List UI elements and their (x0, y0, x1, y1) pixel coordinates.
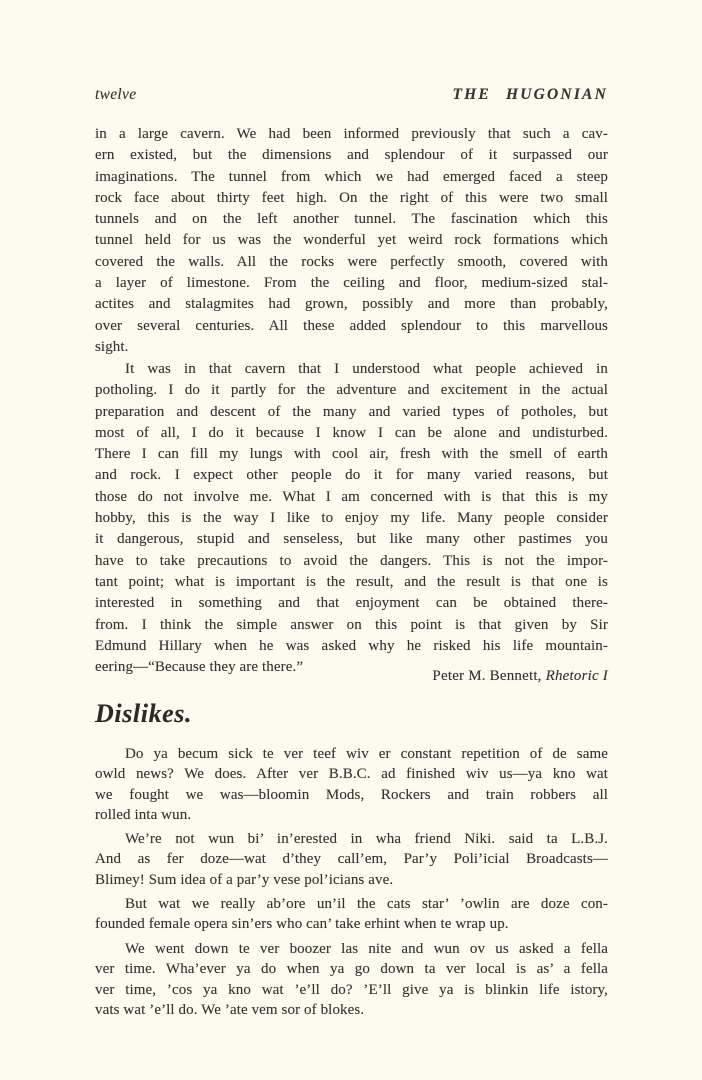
text-line: rock face about thirty feet high. On the… (95, 188, 608, 209)
text-line: in a large cavern. We had been informed … (95, 124, 608, 145)
text-line: most of all, I do it because I know I ca… (95, 423, 608, 444)
dislikes-paragraph-3: But wat we really ab’ore un’il the cats … (95, 894, 608, 935)
text-line: And as fer doze—wat d’they call’em, Par’… (95, 849, 608, 869)
dislikes-paragraph-4: We went down te ver boozer las nite and … (95, 939, 608, 1020)
text-line: tant point; what is important is the res… (95, 572, 608, 593)
text-line: and rock. I expect other people do it fo… (95, 465, 608, 486)
dislikes-section-heading: Dislikes. (95, 697, 608, 730)
text-line: interested in something and that enjoyme… (95, 593, 608, 614)
text-line: It was in that cavern that I understood … (95, 359, 608, 380)
text-line: Blimey! Sum idea of a par’y vese pol’ici… (95, 870, 608, 890)
text-line: we fought we was—bloomin Mods, Rockers a… (95, 785, 608, 805)
text-line: from. I think the simple answer on this … (95, 615, 608, 636)
text-line: have to take precautions to avoid the da… (95, 551, 608, 572)
text-line: We went down te ver boozer las nite and … (95, 939, 608, 959)
dislikes-paragraph-1: Do ya becum sick te ver teef wiv er cons… (95, 744, 608, 825)
text-line: potholing. I do it partly for the advent… (95, 380, 608, 401)
text-line: tunnel held for us was the wonderful yet… (95, 230, 608, 251)
scanned-magazine-page: twelve THE HUGONIAN in a large cavern. W… (0, 0, 702, 1080)
text-line: hobby, this is the way I like to enjoy m… (95, 508, 608, 529)
text-line: Edmund Hillary when he was asked why he … (95, 636, 608, 657)
byline-class-label: Rhetoric I (546, 668, 608, 684)
text-line: actites and stalagmites had grown, possi… (95, 294, 608, 315)
text-line: founded female opera sin’ers who can’ ta… (95, 914, 608, 934)
potholing-paragraph-1: in a large cavern. We had been informed … (95, 124, 608, 358)
text-line: covered the walls. All the rocks were pe… (95, 252, 608, 273)
text-line: a layer of limestone. From the ceiling a… (95, 273, 608, 294)
text-line: imaginations. The tunnel from which we h… (95, 167, 608, 188)
dislikes-paragraph-2: We’re not wun bi’ in’erested in wha frie… (95, 829, 608, 890)
text-line: sight. (95, 337, 608, 358)
text-line: owld news? We does. After ver B.B.C. ad … (95, 764, 608, 784)
text-line: preparation and descent of the many and … (95, 402, 608, 423)
text-line: those do not involve me. What I am conce… (95, 487, 608, 508)
text-line: tunnels and on the left another tunnel. … (95, 209, 608, 230)
text-line: Do ya becum sick te ver teef wiv er cons… (95, 744, 608, 764)
byline-author: Peter M. Bennett, (432, 668, 545, 684)
text-line: We’re not wun bi’ in’erested in wha frie… (95, 829, 608, 849)
text-line: ver time. Wha’ever ya do when ya go down… (95, 959, 608, 979)
page-number-label: twelve (95, 85, 136, 105)
potholing-paragraph-2: It was in that cavern that I understood … (95, 359, 608, 678)
text-line: ver time, ’cos ya kno wat ’e’ll do? ’E’l… (95, 980, 608, 1000)
text-line: over several centuries. All these added … (95, 316, 608, 337)
page-header: twelve THE HUGONIAN (95, 85, 608, 105)
text-line: vats wat ’e’ll do. We ’ate vem sor of bl… (95, 1000, 608, 1020)
text-line: There I can fill my lungs with cool air,… (95, 444, 608, 465)
text-line: it dangerous, stupid and senseless, but … (95, 529, 608, 550)
magazine-title: THE HUGONIAN (452, 85, 608, 105)
text-line: But wat we really ab’ore un’il the cats … (95, 894, 608, 914)
text-line: ern existed, but the dimensions and sple… (95, 145, 608, 166)
byline: Peter M. Bennett, Rhetoric I (95, 666, 608, 687)
text-line: rolled inta wun. (95, 805, 608, 825)
